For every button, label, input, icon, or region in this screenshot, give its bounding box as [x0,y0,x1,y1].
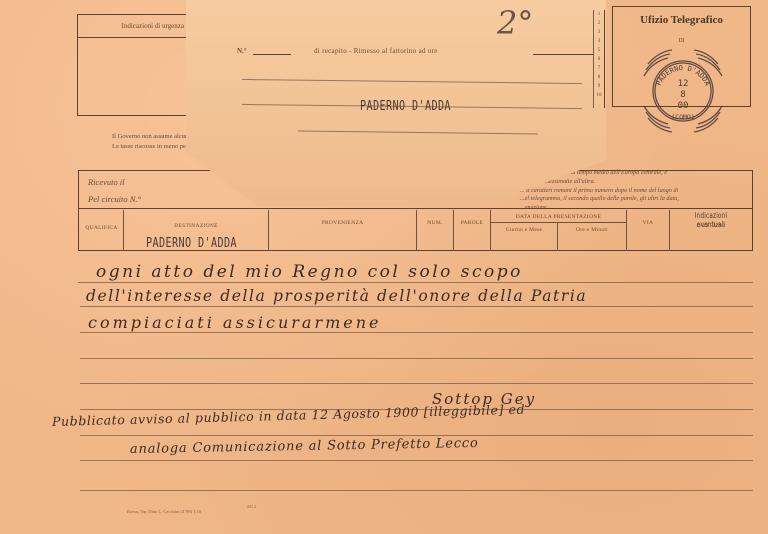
ruled-line [80,435,753,436]
svg-text:(COMO): (COMO) [671,113,694,121]
number-label: N.° [237,47,247,55]
header-data-presentazione: DATA DELLA PRESENTAZIONE [491,214,626,220]
header-parole: PAROLE [454,220,490,226]
destination-stamp: PADERNO D'ADDA [146,236,237,251]
note-line-1: Pubblicato avviso al pubblico in data 12… [52,402,526,429]
header-via: VIA [627,220,669,226]
svg-text:00: 00 [678,101,689,111]
svg-text:8: 8 [680,90,685,100]
urgency-label: Indicazioni di urgenza [78,15,188,38]
counter-item: 2 [594,19,604,28]
table-divider [453,210,454,251]
svg-text:12: 12 [678,79,689,89]
header-qualifica: QUALIFICA [80,225,123,231]
office-title: Ufizio Telegrafico [612,14,751,26]
counter-item: 10 [594,91,604,100]
header-destinazione: DESTINAZIONE [124,223,268,229]
header-ufficio: D'UFFIZIO [670,223,752,229]
ruled-line [80,460,753,461]
note-line-2: analoga Comunicazione al Sotto Prefetto … [130,436,479,457]
header-provenienza: PROVENIENZA [269,220,416,226]
number-blank [253,54,291,55]
counter-item: 7 [594,64,604,73]
ruled-line [80,490,753,491]
delivery-text: di recapito - Rimesso al fattorino ad or… [314,47,438,55]
postmark-icon: 12 8 00 PADERNO D'ADDA (COMO) [638,46,728,136]
counter-item: 9 [594,82,604,91]
table-divider [123,210,124,251]
counter-item: 6 [594,55,604,64]
office-di: DI [612,38,751,44]
side-counter-column: 1 2 3 4 5 6 7 8 9 10 [593,10,605,108]
postmark-stamp: 12 8 00 PADERNO D'ADDA (COMO) [638,46,728,136]
table-divider [416,210,417,251]
table-divider [626,210,627,251]
message-line-3: compiaciati assicurarmene [88,313,382,332]
table-divider [490,222,626,223]
header-giorno-mese: Giorno e Mese [491,227,557,233]
table-divider [669,210,670,251]
table-divider [268,210,269,251]
handwritten-mark: 2° [497,4,533,42]
ruled-line [78,282,753,283]
ruled-line [80,358,753,359]
counter-item: 5 [594,46,604,55]
received-label: Ricevuto il [88,177,125,187]
form-code: 241.2 [247,504,256,509]
ruled-line [80,383,753,384]
disclaimer-line-2: Le tasse riscosse in meno per [112,142,188,152]
counter-item: 8 [594,73,604,82]
counter-item: 1 [594,10,604,19]
flap-place-stamp: PADERNO D'ADDA [360,99,451,114]
disclaimer-line-1: Il Governo non assume alcun [112,132,188,142]
header-num: NUM. [417,220,453,226]
counter-item: 3 [594,28,604,37]
circuit-label: Pel circuito N.° [88,194,141,204]
message-line-1: ogni atto del mio Regno col solo scopo [96,262,523,282]
ruled-line [80,306,753,307]
message-line-2: dell'interesse della prosperità dell'ono… [86,287,587,305]
header-ore-minuti: Ore e Minuti [558,227,626,233]
printer-imprint: Roma, Tip. Ditta L. Cecchini (4 '98) 1.1… [127,509,201,514]
hour-blank [533,54,593,55]
disclaimer: Il Governo non assume alcun Le tasse ris… [112,132,188,152]
ruled-line [80,332,753,333]
urgency-box: Indicazioni di urgenza [77,14,189,116]
counter-item: 4 [594,37,604,46]
